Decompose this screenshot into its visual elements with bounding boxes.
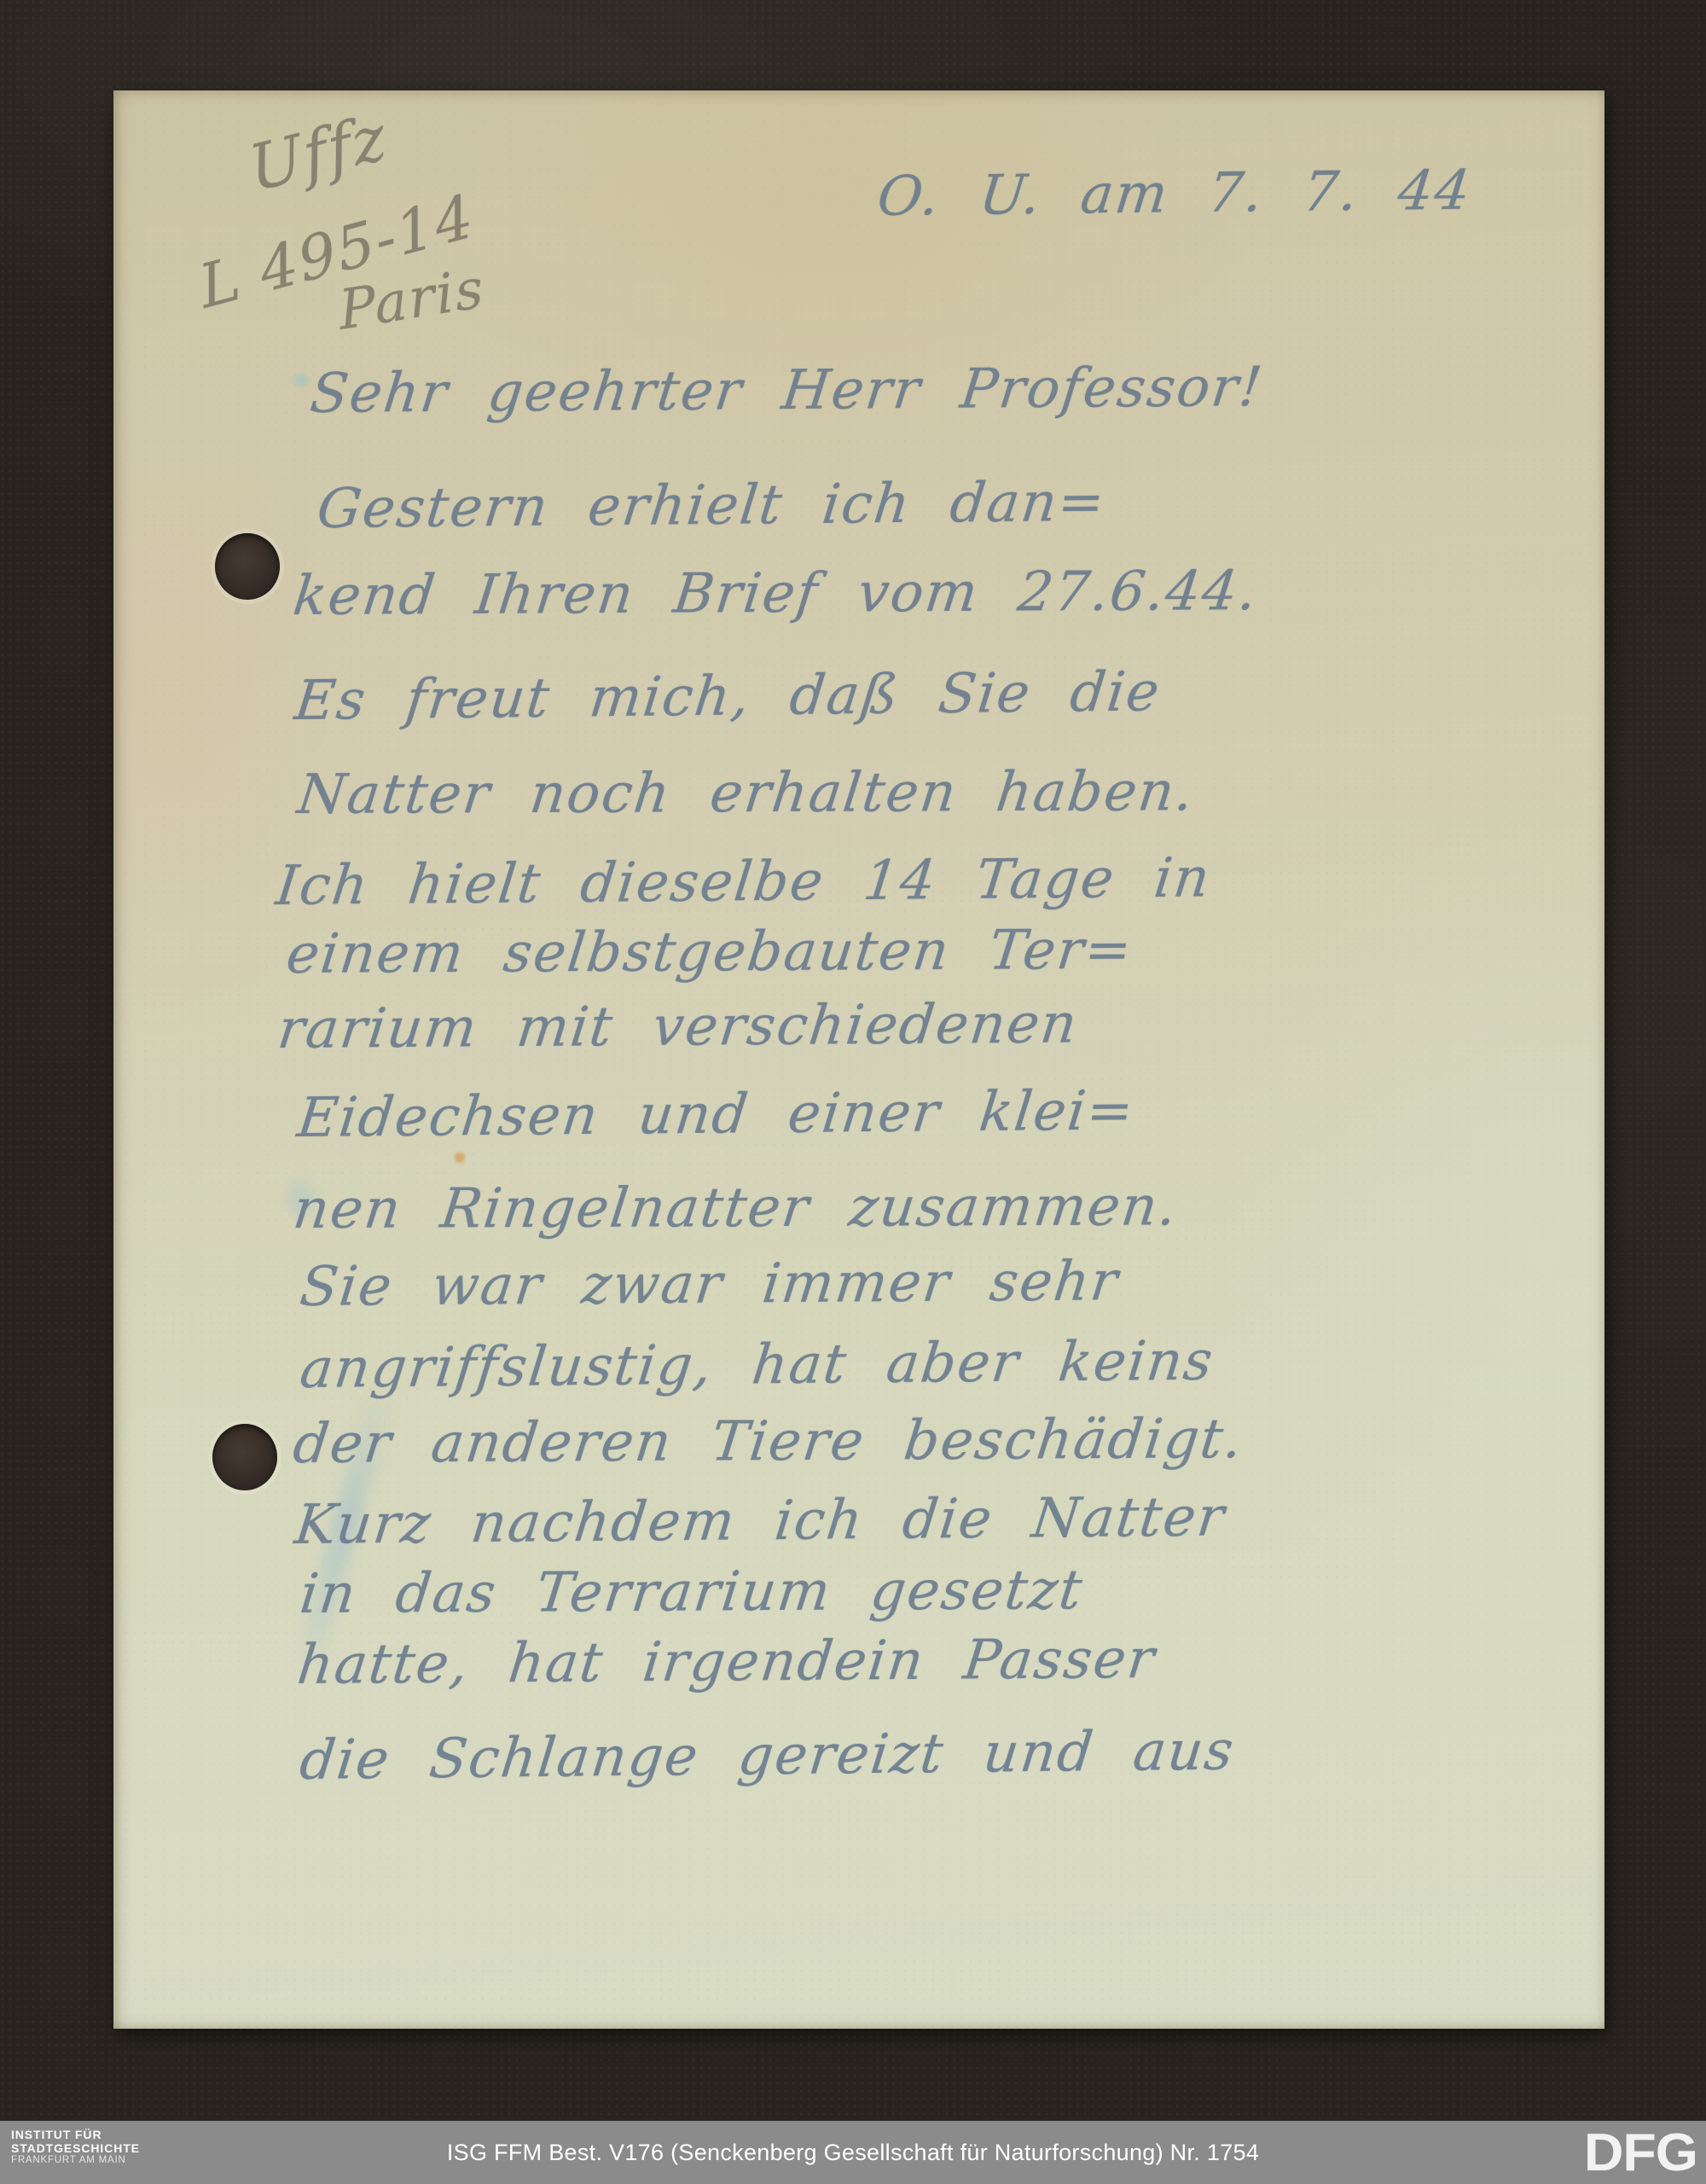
dfg-logo: DFG (1584, 2123, 1697, 2183)
letter-line: rarium mit verschiedenen (275, 992, 1082, 1061)
date-line: O. U. am 7. 7. 44 (874, 160, 1475, 229)
letter-line: Es freut mich, daß Sie die (292, 660, 1164, 733)
letter-line: Ich hielt dieselbe 14 Tage in (273, 846, 1214, 918)
letter-line: Sie war zwar immer sehr (297, 1250, 1123, 1319)
pencil-note-abbreviation: Uffz (244, 100, 392, 206)
scan-background: Uffz L 495-14 Paris O. U. am 7. 7. 44 Se… (0, 0, 1706, 2184)
letter-line: kend Ihren Brief vom 27.6.44. (290, 560, 1262, 628)
letter-line: angriffslustig, hat aber keins (297, 1330, 1217, 1401)
punch-hole-top (215, 533, 280, 600)
archive-reference: ISG FFM Best. V176 (Senckenberg Gesellsc… (0, 2121, 1706, 2184)
letter-line: Kurz nachdem ich die Natter (292, 1485, 1229, 1557)
punch-hole-bottom (212, 1424, 277, 1490)
orange-fleck (455, 1153, 465, 1163)
letter-line: einem selbstgebauten Ter= (283, 919, 1136, 986)
letter-line: Gestern erhielt ich dan= (314, 471, 1109, 541)
letter-line: in das Terrarium gesetzt (297, 1559, 1087, 1626)
letter-paper: Uffz L 495-14 Paris O. U. am 7. 7. 44 Se… (113, 90, 1604, 2029)
letter-line: Natter noch erhalten haben. (294, 760, 1198, 827)
letter-line: der anderen Tiere beschädigt. (290, 1408, 1247, 1476)
cyan-fleck (294, 374, 308, 387)
footer-bar: INSTITUT FÜR STADTGESCHICHTE FRANKFURT A… (0, 2121, 1706, 2184)
letter-line: die Schlange gereizt und aus (297, 1719, 1238, 1792)
letter-line: Eidechsen und einer klei= (294, 1079, 1138, 1150)
letter-line: hatte, hat irgendein Passer (294, 1628, 1159, 1697)
letter-line-salutation: Sehr geehrter Herr Professor! (307, 356, 1267, 426)
letter-line: nen Ringelnatter zusammen. (290, 1175, 1181, 1241)
